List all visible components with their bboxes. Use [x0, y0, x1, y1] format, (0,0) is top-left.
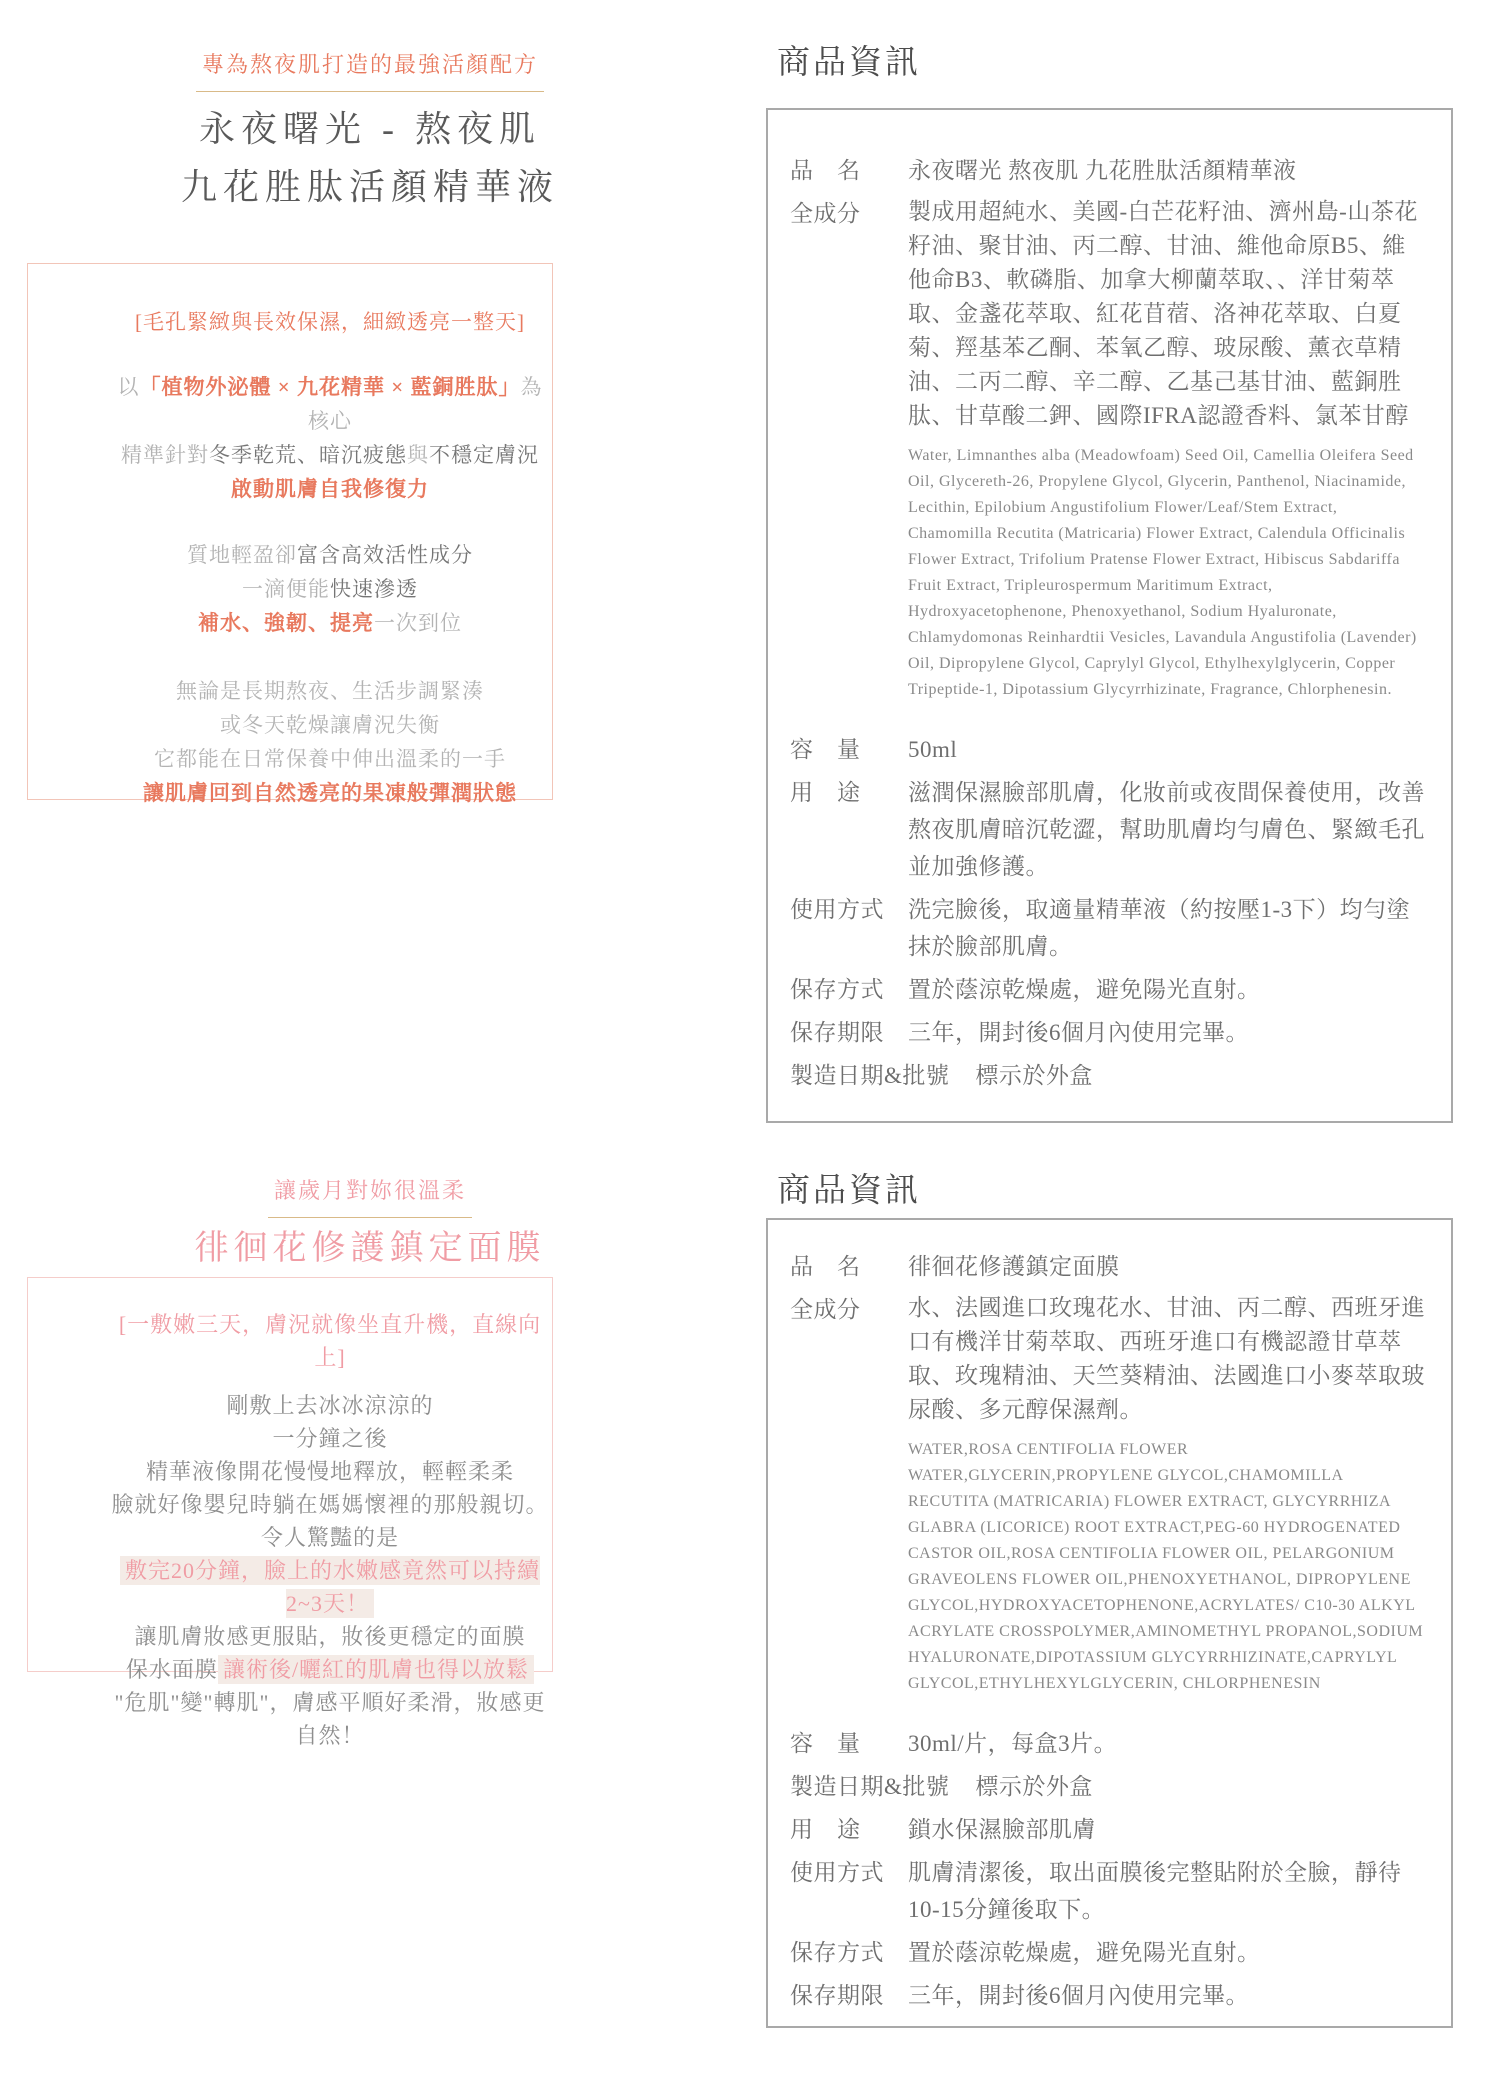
- product1-drop-line: 一滴便能快速滲透: [108, 572, 552, 606]
- core-highlight: 「植物外泌體 × 九花精華 × 藍銅胜肽」: [140, 375, 521, 399]
- row-value: 三年，開封後6個月內使用完畢。: [908, 1014, 1425, 1051]
- product1-closing-highlight: 讓肌膚回到自然透亮的果凍般彈潤狀態: [108, 776, 552, 810]
- target-a: 冬季乾荒、暗沉疲態: [209, 443, 407, 467]
- product2-tagline: 讓歲月對妳很溫柔: [90, 1174, 650, 1218]
- product2-line3: 精華液像開花慢慢地釋放，輕輕柔柔: [108, 1455, 552, 1488]
- line7-prefix: 保水面膜: [126, 1657, 218, 1682]
- row-value: 肌膚清潔後，取出面膜後完整貼附於全臉，靜待10-15分鐘後取下。: [908, 1854, 1425, 1928]
- drop-main: 快速滲透: [330, 577, 418, 601]
- product2-marketing-box: [一敷嫩三天，膚況就像坐直升機，直線向上] 剛敷上去冰冰涼涼的 一分鐘之後 精華…: [27, 1277, 553, 1672]
- texture-main: 富含高效活性成分: [297, 543, 473, 567]
- info-row-batch: 製造日期&批號 標示於外盒: [790, 1768, 1425, 1805]
- product2-line1: 剛敷上去冰冰涼涼的: [108, 1389, 552, 1422]
- info-row-name: 品 名 永夜曙光 熬夜肌 九花胜肽活顏精華液: [790, 152, 1425, 189]
- product2-line8: "危肌"變"轉肌"，膚感平順好柔滑，妝感更自然！: [108, 1686, 552, 1752]
- product2-line6: 讓肌膚妝感更服貼，妝後更穩定的面膜: [108, 1620, 552, 1653]
- product1-info-box: 品 名 永夜曙光 熬夜肌 九花胜肽活顏精華液 全成分 製成用超純水、美國-白芒花…: [766, 108, 1453, 1123]
- info-row-storage: 保存方式 置於蔭涼乾燥處，避免陽光直射。: [790, 971, 1425, 1008]
- row-value: 徘徊花修護鎮定面膜: [908, 1248, 1425, 1285]
- product2-line5: 令人驚豔的是: [108, 1521, 552, 1554]
- product1-title-line2: 九花胜肽活顏精華液: [181, 167, 559, 207]
- row-label: 全成分: [790, 1291, 908, 1328]
- row-value: 標示於外盒: [975, 1057, 1425, 1094]
- row-value: 永夜曙光 熬夜肌 九花胜肽活顏精華液: [908, 152, 1425, 189]
- info-row-ingredients: 全成分 製成用超純水、美國-白芒花籽油、濟州島-山茶花籽油、聚甘油、丙二醇、甘油…: [790, 195, 1425, 725]
- info-row-usage: 用 途 鎖水保濕臉部肌膚: [790, 1811, 1425, 1848]
- product2-line4: 臉就好像嬰兒時躺在媽媽懷裡的那般親切。: [108, 1488, 552, 1521]
- product2-line2: 一分鐘之後: [108, 1422, 552, 1455]
- row-value: 置於蔭涼乾燥處，避免陽光直射。: [908, 1934, 1425, 1971]
- product1-target-line: 精準針對冬季乾荒、暗沉疲態與不穩定膚況: [108, 438, 552, 472]
- row-label: 保存期限: [790, 1977, 908, 2014]
- row-label: 品 名: [790, 1248, 908, 1285]
- target-prefix: 精準針對: [121, 443, 209, 467]
- row-label: 保存期限: [790, 1014, 908, 1051]
- info-row-shelf-life: 保存期限 三年，開封後6個月內使用完畢。: [790, 1977, 1425, 2014]
- row-value: 置於蔭涼乾燥處，避免陽光直射。: [908, 971, 1425, 1008]
- product2-highlight-line: 敷完20分鐘，臉上的水嫩感竟然可以持續2~3天！: [108, 1554, 552, 1620]
- product1-title: 永夜曙光 - 熬夜肌 九花胜肽活顏精華液: [90, 100, 650, 216]
- row-label: 製造日期&批號: [790, 1768, 949, 1805]
- row-value: 水、法國進口玫瑰花水、甘油、丙二醇、西班牙進口有機洋甘菊萃取、西班牙進口有機認證…: [908, 1291, 1425, 1719]
- product1-box-headline: [毛孔緊緻與長效保濕，細緻透亮一整天]: [108, 305, 552, 339]
- row-value: 鎖水保濕臉部肌膚: [908, 1811, 1425, 1848]
- row-label: 用 途: [790, 1811, 908, 1848]
- product-detail-page: 專為熬夜肌打造的最強活顏配方 永夜曙光 - 熬夜肌 九花胜肽活顏精華液 [毛孔緊…: [0, 0, 1500, 2094]
- row-value: 標示於外盒: [975, 1768, 1425, 1805]
- core-prefix: 以: [118, 375, 140, 399]
- product2-info-box: 品 名 徘徊花修護鎮定面膜 全成分 水、法國進口玫瑰花水、甘油、丙二醇、西班牙進…: [766, 1218, 1453, 2028]
- info-row-usage: 用 途 滋潤保濕臉部肌膚，化妝前或夜間保養使用，改善熬夜肌膚暗沉乾澀，幫助肌膚均…: [790, 774, 1425, 885]
- info-row-how-to-use: 使用方式 洗完臉後，取適量精華液（約按壓1-3下）均勻塗抹於臉部肌膚。: [790, 891, 1425, 965]
- benefit-highlight: 補水、強韌、提亮: [198, 611, 374, 635]
- info-row-ingredients: 全成分 水、法國進口玫瑰花水、甘油、丙二醇、西班牙進口有機洋甘菊萃取、西班牙進口…: [790, 1291, 1425, 1719]
- ingredients-en: Water, Limnanthes alba (Meadowfoam) Seed…: [908, 443, 1425, 703]
- product1-marketing-box: [毛孔緊緻與長效保濕，細緻透亮一整天] 以「植物外泌體 × 九花精華 × 藍銅胜…: [27, 263, 553, 800]
- highlight-text: 敷完20分鐘，臉上的水嫩感竟然可以持續2~3天！: [120, 1556, 540, 1618]
- target-mid: 與: [407, 443, 429, 467]
- product1-activate-line: 啟動肌膚自我修復力: [108, 472, 552, 506]
- product1-tagline-text: 專為熬夜肌打造的最強活顏配方: [196, 48, 544, 92]
- info-row-shelf-life: 保存期限 三年，開封後6個月內使用完畢。: [790, 1014, 1425, 1051]
- product2-line7: 保水面膜讓術後/曬紅的肌膚也得以放鬆: [108, 1653, 552, 1686]
- row-value: 滋潤保濕臉部肌膚，化妝前或夜間保養使用，改善熬夜肌膚暗沉乾澀，幫助肌膚均勻膚色、…: [908, 774, 1425, 885]
- product1-title-line1: 永夜曙光 - 熬夜肌: [199, 109, 541, 149]
- row-label: 使用方式: [790, 1854, 908, 1891]
- product1-tagline: 專為熬夜肌打造的最強活顏配方: [90, 48, 650, 92]
- product1-closing-line3: 它都能在日常保養中伸出溫柔的一手: [108, 742, 552, 776]
- target-b: 不穩定膚況: [429, 443, 539, 467]
- drop-prefix: 一滴便能: [242, 577, 330, 601]
- ingredients-zh: 製成用超純水、美國-白芒花籽油、濟州島-山茶花籽油、聚甘油、丙二醇、甘油、維他命…: [908, 199, 1418, 428]
- product2-info-heading: 商品資訊: [777, 1164, 921, 1211]
- product1-closing-line1: 無論是長期熬夜、生活步調緊湊: [108, 674, 552, 708]
- product1-info-heading: 商品資訊: [777, 36, 921, 83]
- info-row-storage: 保存方式 置於蔭涼乾燥處，避免陽光直射。: [790, 1934, 1425, 1971]
- row-label: 容 量: [790, 1725, 908, 1762]
- row-value: 30ml/片，每盒3片。: [908, 1725, 1425, 1762]
- benefit-suffix: 一次到位: [374, 611, 462, 635]
- row-label: 品 名: [790, 152, 908, 189]
- product1-core-line: 以「植物外泌體 × 九花精華 × 藍銅胜肽」為核心: [108, 370, 552, 438]
- row-value: 洗完臉後，取適量精華液（約按壓1-3下）均勻塗抹於臉部肌膚。: [908, 891, 1425, 965]
- product2-title: 徘徊花修護鎮定面膜: [90, 1220, 650, 1269]
- product1-texture-line: 質地輕盈卻富含高效活性成分: [108, 538, 552, 572]
- ingredients-en: WATER,ROSA CENTIFOLIA FLOWER WATER,GLYCE…: [908, 1437, 1425, 1697]
- info-row-name: 品 名 徘徊花修護鎮定面膜: [790, 1248, 1425, 1285]
- row-value: 三年，開封後6個月內使用完畢。: [908, 1977, 1425, 2014]
- row-label: 保存方式: [790, 1934, 908, 1971]
- ingredients-zh: 水、法國進口玫瑰花水、甘油、丙二醇、西班牙進口有機洋甘菊萃取、西班牙進口有機認證…: [908, 1295, 1425, 1422]
- texture-prefix: 質地輕盈卻: [187, 543, 297, 567]
- info-row-how-to-use: 使用方式 肌膚清潔後，取出面膜後完整貼附於全臉，靜待10-15分鐘後取下。: [790, 1854, 1425, 1928]
- product2-tagline-text: 讓歲月對妳很溫柔: [268, 1174, 472, 1218]
- row-label: 全成分: [790, 195, 908, 232]
- line7-highlight: 讓術後/曬紅的肌膚也得以放鬆: [218, 1655, 534, 1684]
- product1-closing-line2: 或冬天乾燥讓膚況失衡: [108, 708, 552, 742]
- info-row-batch: 製造日期&批號 標示於外盒: [790, 1057, 1425, 1094]
- row-label: 製造日期&批號: [790, 1057, 949, 1094]
- product2-box-headline: [一敷嫩三天，膚況就像坐直升機，直線向上]: [108, 1308, 552, 1374]
- row-label: 用 途: [790, 774, 908, 811]
- row-label: 保存方式: [790, 971, 908, 1008]
- info-row-volume: 容 量 30ml/片，每盒3片。: [790, 1725, 1425, 1762]
- row-label: 使用方式: [790, 891, 908, 928]
- product1-benefit-line: 補水、強韌、提亮一次到位: [108, 606, 552, 640]
- info-row-volume: 容 量 50ml: [790, 731, 1425, 768]
- row-value: 製成用超純水、美國-白芒花籽油、濟州島-山茶花籽油、聚甘油、丙二醇、甘油、維他命…: [908, 195, 1425, 725]
- row-label: 容 量: [790, 731, 908, 768]
- row-value: 50ml: [908, 731, 1425, 768]
